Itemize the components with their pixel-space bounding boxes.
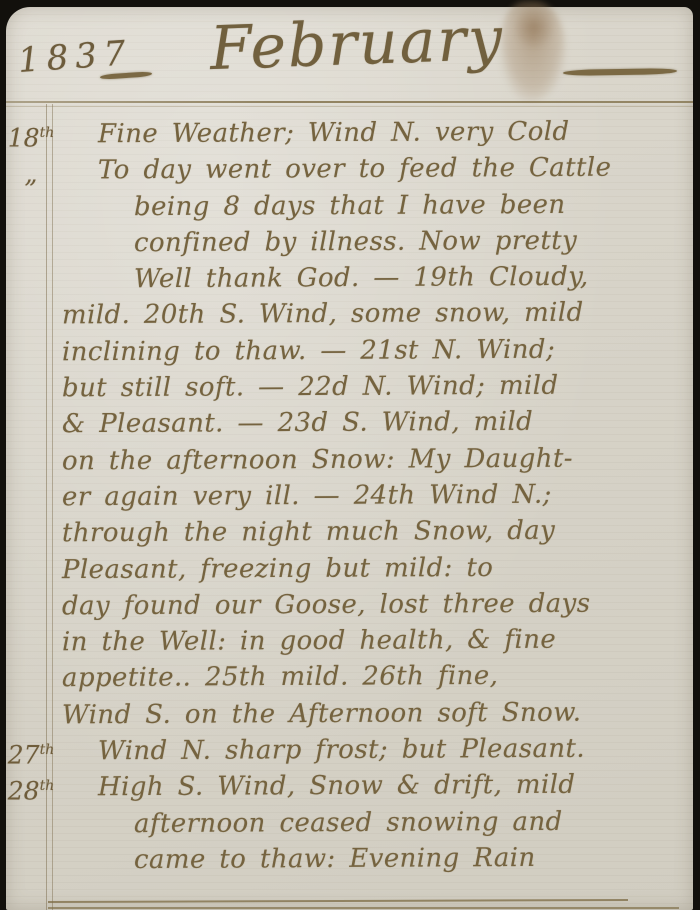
- day-ordinal-suffix: th: [40, 125, 55, 141]
- entry-text: appetite.. 25th mild. 26th fine,: [62, 658, 498, 697]
- entry-text: inclining to thaw. — 21st N. Wind;: [62, 331, 555, 370]
- journal-line: afternoon ceased snowing and: [58, 805, 687, 841]
- journal-line: being 8 days that I have been: [58, 188, 687, 224]
- entry-text: Pleasant, freezing but mild: to: [62, 549, 493, 588]
- journal-line: Wind S. on the Afternoon soft Snow.: [58, 696, 687, 732]
- day-ordinal-suffix: th: [40, 742, 55, 758]
- entry-text: being 8 days that I have been: [134, 186, 566, 225]
- day-number: „: [6, 151, 56, 193]
- journal-line: on the afternoon Snow: My Daught-: [58, 442, 687, 478]
- journal-line: 27th Wind N. sharp frost; but Pleasant.: [58, 732, 687, 768]
- entry-text: Wind S. on the Afternoon soft Snow.: [62, 694, 582, 733]
- journal-line: inclining to thaw. — 21st N. Wind;: [58, 333, 687, 369]
- journal-line: through the night much Snow, day: [58, 514, 687, 550]
- ink-stain-small: [512, 5, 556, 49]
- day-number-value: 28: [8, 777, 40, 806]
- header-rule: [6, 101, 693, 103]
- journal-line: confined by illness. Now pretty: [58, 224, 687, 260]
- journal-line: Well thank God. — 19th Cloudy,: [58, 260, 687, 296]
- bottom-rule-second: [48, 907, 679, 909]
- header-rule-echo: [6, 106, 693, 107]
- day-number-value: „: [25, 160, 38, 189]
- entry-text: afternoon ceased snowing and: [134, 804, 563, 843]
- entry-text: mild. 20th S. Wind, some snow, mild: [62, 295, 584, 334]
- entry-text: & Pleasant. — 23d S. Wind, mild: [62, 404, 533, 443]
- month-title: February: [201, 4, 513, 85]
- day-number-value: 27: [8, 740, 40, 769]
- journal-line: Pleasant, freezing but mild: to: [58, 551, 687, 587]
- journal-line: & Pleasant. — 23d S. Wind, mild: [58, 405, 687, 441]
- entry-text: Fine Weather; Wind N. very Cold: [98, 114, 570, 153]
- entries: 18th Fine Weather; Wind N. very Cold „ T…: [58, 115, 687, 877]
- entry-text: in the Well: in good health, & fine: [62, 622, 556, 661]
- entry-text: through the night much Snow, day: [62, 513, 555, 552]
- journal-line: day found our Goose, lost three days: [58, 587, 687, 623]
- day-ordinal-suffix: th: [40, 778, 55, 794]
- day-number: 28th: [6, 768, 56, 810]
- header-dash-right: [563, 68, 677, 76]
- journal-line: 28th High S. Wind, Snow & drift, mild: [58, 768, 687, 804]
- bottom-rule: [48, 899, 628, 903]
- journal-line: came to thaw: Evening Rain: [58, 841, 687, 877]
- journal-line: er again very ill. — 24th Wind N.;: [58, 478, 687, 514]
- journal-line: mild. 20th S. Wind, some snow, mild: [58, 296, 687, 332]
- journal-line: appetite.. 25th mild. 26th fine,: [58, 659, 687, 695]
- journal-line: but still soft. — 22d N. Wind; mild: [58, 369, 687, 405]
- entry-text: To day went over to feed the Cattle: [98, 150, 612, 189]
- journal-line: 18th Fine Weather; Wind N. very Cold: [58, 115, 687, 151]
- entry-text: on the afternoon Snow: My Daught-: [62, 440, 573, 479]
- entry-text: High S. Wind, Snow & drift, mild: [98, 767, 576, 806]
- journal-line: in the Well: in good health, & fine: [58, 623, 687, 659]
- entry-text: day found our Goose, lost three days: [62, 585, 591, 624]
- diary-page: 1837 February 18th Fine Weather; Wind N.…: [6, 7, 693, 910]
- entry-text: Well thank God. — 19th Cloudy,: [134, 259, 589, 298]
- journal-line: „ To day went over to feed the Cattle: [58, 151, 687, 187]
- entry-text: confined by illness. Now pretty: [134, 223, 577, 262]
- entry-text: Wind N. sharp frost; but Pleasant.: [98, 731, 585, 770]
- entry-text: but still soft. — 22d N. Wind; mild: [62, 368, 559, 407]
- day-number-value: 18: [8, 123, 40, 152]
- entry-text: er again very ill. — 24th Wind N.;: [62, 477, 552, 516]
- entry-text: came to thaw: Evening Rain: [134, 840, 536, 878]
